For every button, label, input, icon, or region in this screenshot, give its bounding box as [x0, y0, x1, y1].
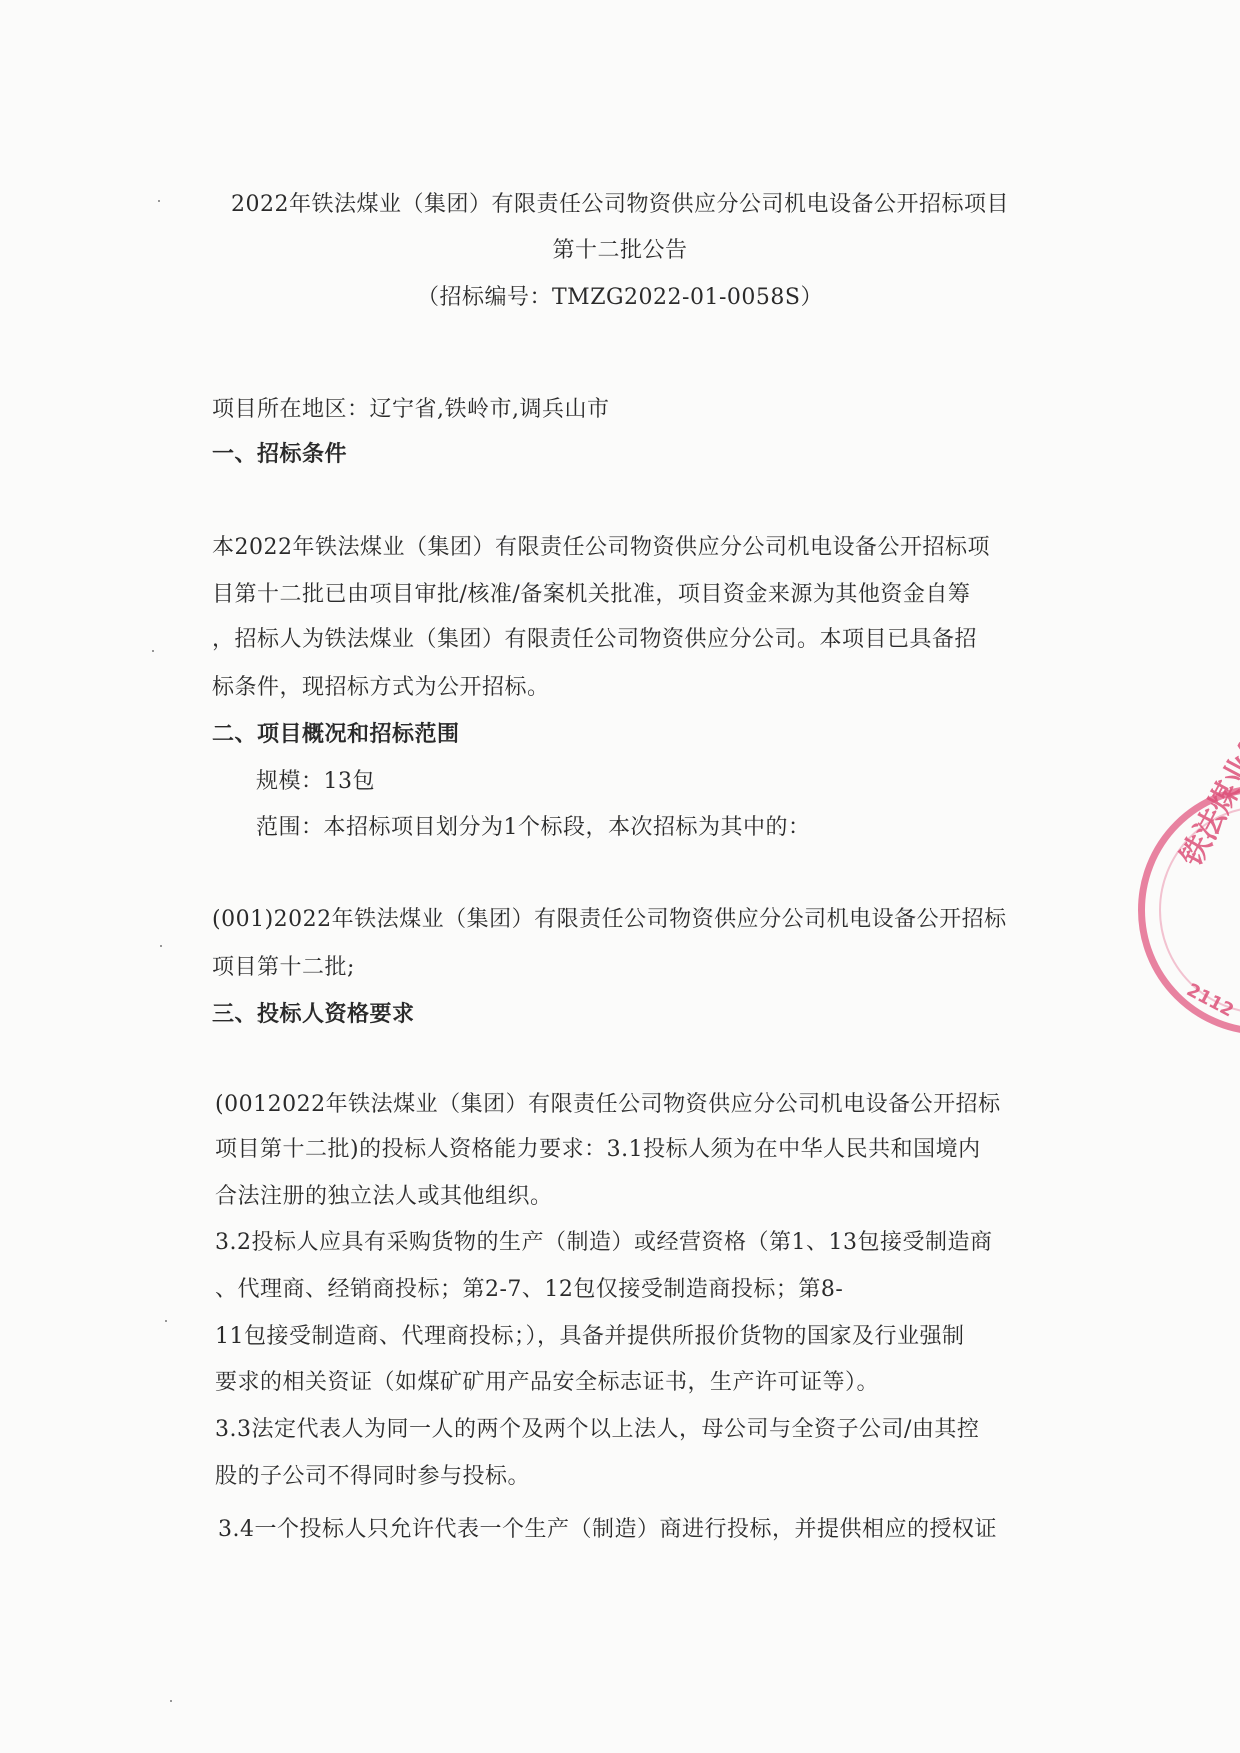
- scan-speck: [158, 200, 160, 202]
- scan-speck: [152, 650, 154, 652]
- section3-line: 合法注册的独立法人或其他组织。: [215, 1182, 553, 1212]
- lot-line: 项目第十二批;: [212, 953, 355, 983]
- section3-line: 3.4一个投标人只允许代表一个生产（制造）商进行投标，并提供相应的授权证: [218, 1515, 997, 1545]
- section3-line: 11包接受制造商、代理商投标；），具备并提供所报价货物的国家及行业强制: [215, 1322, 965, 1352]
- section-heading-2: 二、项目概况和招标范围: [212, 720, 460, 750]
- title-line-2: 第十二批公告: [0, 236, 1240, 266]
- section3-line: 、代理商、经销商投标；第2-7、12包仅接受制造商投标；第8-: [215, 1275, 843, 1305]
- document-page: 2022年铁法煤业（集团）有限责任公司物资供应分公司机电设备公开招标项目 第十二…: [0, 0, 1240, 1753]
- section1-line: ，招标人为铁法煤业（集团）有限责任公司物资供应分公司。本项目已具备招: [212, 625, 977, 655]
- project-scale: 规模：13包: [256, 767, 375, 797]
- scan-speck: [160, 945, 162, 947]
- section1-line: 标条件，现招标方式为公开招标。: [212, 673, 550, 703]
- project-location: 项目所在地区：辽宁省,铁岭市,调兵山市: [212, 395, 610, 425]
- section3-line: 3.2投标人应具有采购货物的生产（制造）或经营资格（第1、13包接受制造商: [215, 1228, 992, 1258]
- scan-speck: [170, 1700, 172, 1702]
- section3-line: 3.3法定代表人为同一人的两个及两个以上法人，母公司与全资子公司/由其控: [215, 1415, 979, 1445]
- section1-line: 本2022年铁法煤业（集团）有限责任公司物资供应分公司机电设备公开招标项: [212, 533, 990, 563]
- lot-line: (001)2022年铁法煤业（集团）有限责任公司物资供应分公司机电设备公开招标: [212, 905, 1007, 935]
- tender-reference: （招标编号：TMZG2022-01-0058S）: [0, 283, 1240, 313]
- section3-line: 要求的相关资证（如煤矿矿用产品安全标志证书，生产许可证等）。: [215, 1368, 879, 1398]
- section3-line: 项目第十二批)的投标人资格能力要求：3.1投标人须为在中华人民共和国境内: [215, 1135, 981, 1165]
- section3-line: (0012022年铁法煤业（集团）有限责任公司物资供应分公司机电设备公开招标: [215, 1090, 1001, 1120]
- title-line-1: 2022年铁法煤业（集团）有限责任公司物资供应分公司机电设备公开招标项目: [0, 190, 1240, 220]
- section-heading-3: 三、投标人资格要求: [212, 1000, 415, 1030]
- section1-line: 目第十二批已由项目审批/核准/备案机关批准，项目资金来源为其他资金自筹: [212, 580, 970, 610]
- section3-line: 股的子公司不得同时参与投标。: [215, 1462, 530, 1492]
- scan-speck: [165, 1320, 167, 1322]
- section-heading-1: 一、招标条件: [212, 440, 347, 470]
- project-scope: 范围：本招标项目划分为1个标段，本次招标为其中的：: [256, 813, 811, 843]
- company-seal: 铁法煤业(集团)有限 2112: [1138, 785, 1240, 1035]
